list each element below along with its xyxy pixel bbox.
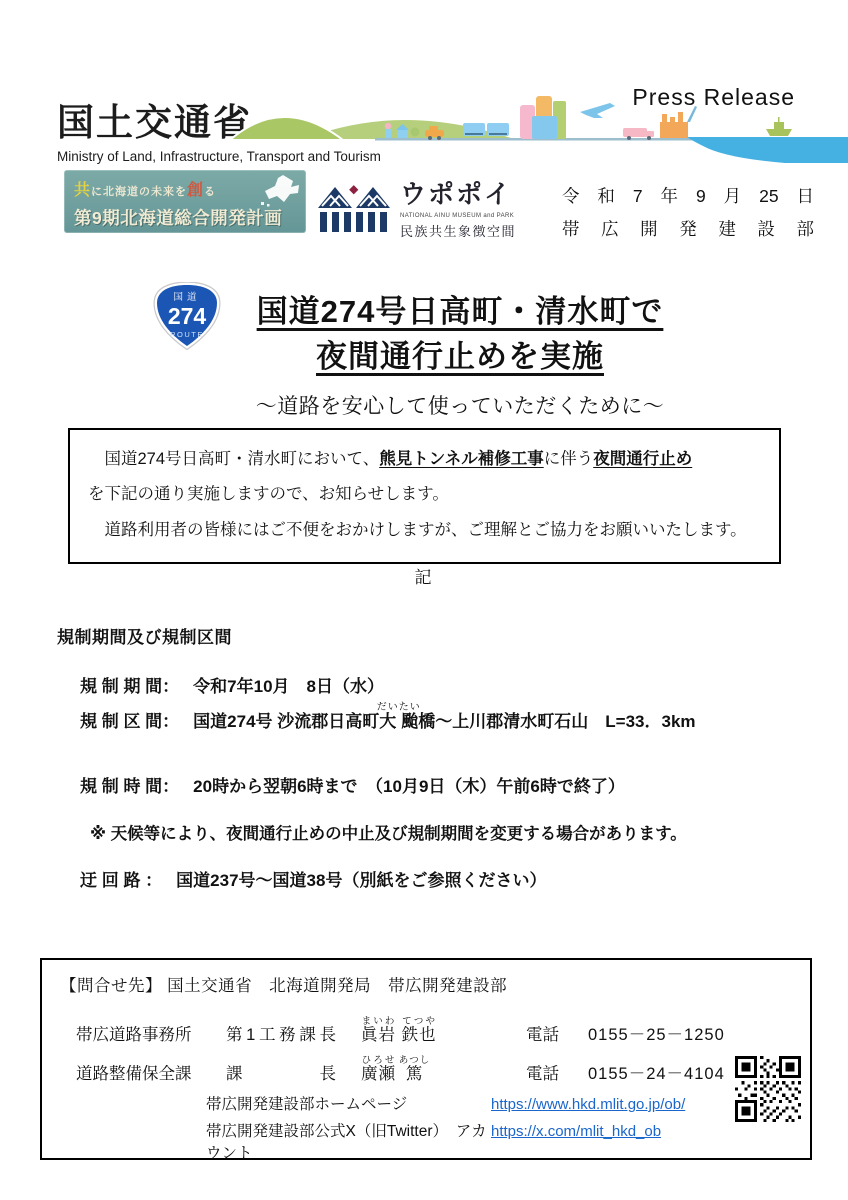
contact-person-name: 廣瀬ひろせ 篤あつし — [361, 1055, 526, 1084]
contact-links: 帯広開発建設部ホームページ https://www.hkd.mlit.go.jp… — [206, 1092, 796, 1163]
notice-paragraph-2: を下記の通り実施しますので、お知らせします。 — [88, 477, 761, 512]
detour-row: 迂 回 路 ：国道237号～国道38号（別紙をご参照ください） — [80, 866, 546, 891]
press-release-page: Press Release 国土交通省 Ministry of Land, In… — [0, 0, 848, 1200]
homepage-link[interactable]: https://www.hkd.mlit.go.jp/ob/ — [491, 1096, 685, 1113]
sea-icon — [687, 137, 848, 163]
upopoy-subtitle-en: NATIONAL AINU MUSEUM and PARK — [400, 213, 516, 219]
ki-marker: 記 — [0, 563, 848, 588]
contact-row: 道路整備保全課 課 長 廣瀬ひろせ 篤あつし 電話 0155－24－4104 — [76, 1055, 796, 1084]
contact-title: 第1工務課長 — [226, 1021, 336, 1045]
contact-row: 帯広道路事務所 第1工務課長 眞岩まいわ 鉄也てつや 電話 0155－25－12… — [76, 1016, 796, 1045]
homepage-label: 帯広開発建設部ホームページ — [206, 1092, 491, 1114]
contact-office: 帯広道路事務所 — [76, 1021, 226, 1045]
notice-paragraph-3: 道路利用者の皆様にはご不便をおかけしますが、ご理解とご協力をお願いいたします。 — [88, 513, 761, 548]
x-account-label: 帯広開発建設部公式X（旧Twitter） アカウント — [206, 1119, 491, 1163]
upopoy-subtitle-ja: 民族共生象徴空間 — [400, 221, 516, 240]
upopoy-logo: ウポポイ NATIONAL AINU MUSEUM and PARK 民族共生象… — [318, 174, 516, 240]
plane-icon — [580, 103, 615, 118]
notice-box: 国道274号日高町・清水町において、熊見トンネル補修工事に伴う夜間通行止め を下… — [68, 428, 781, 564]
caution-note: ※ 天候等により、夜間通行止めの中止及び規制期間を変更する場合があります。 — [90, 820, 687, 844]
upopoy-pattern-icon — [318, 178, 390, 236]
hokkaido-map-icon — [255, 173, 301, 209]
period-label: 規 制 期 間： — [80, 672, 179, 697]
title-subtitle: ～道路を安心して使っていただくために～ — [150, 390, 770, 420]
detour-value: 国道237号～国道38号（別紙をご参照ください） — [176, 871, 546, 890]
issuing-department: 帯広開発建設部 — [562, 213, 814, 246]
upopoy-title: ウポポイ — [400, 174, 516, 211]
contact-heading: 【問合せ先】 国土交通省 北海道開発局 帯広開発建設部 — [60, 972, 796, 996]
emphasis-night-closure: 夜間通行止め — [593, 450, 692, 468]
contact-office: 道路整備保全課 — [76, 1060, 226, 1084]
phone-label: 電話 — [526, 1060, 588, 1084]
emphasis-tunnel-work: 熊見トンネル補修工事 — [379, 450, 544, 468]
phone-label: 電話 — [526, 1021, 588, 1045]
notice-paragraph-1: 国道274号日高町・清水町において、熊見トンネル補修工事に伴う夜間通行止め — [88, 442, 761, 477]
time-value: 20時から翌朝6時まで （10月9日（木）午前6時で終了） — [193, 777, 625, 796]
document-title: 国道274号日高町・清水町で 夜間通行止めを実施 ～道路を安心して使っていただく… — [150, 289, 770, 420]
contact-title: 課 長 — [226, 1060, 336, 1084]
title-line-2: 夜間通行止めを実施 — [150, 334, 770, 379]
release-date: 令和7年9月25日 — [562, 180, 814, 213]
phone-number: 0155－25－1250 — [588, 1021, 796, 1045]
time-label: 規 制 時 間： — [80, 772, 179, 797]
qr-code — [735, 1056, 801, 1122]
boat-icon — [766, 117, 792, 136]
section-value: 国道274号 沙流郡日高町大颱だいたい橋～上川郡清水町石山 L=33．3km — [193, 712, 695, 731]
period-value: 令和7年10月 8日（水） — [193, 677, 384, 696]
regulation-section-row: 規 制 区 間：国道274号 沙流郡日高町大颱だいたい橋～上川郡清水町石山 L=… — [80, 702, 696, 732]
title-line-1: 国道274号日高町・清水町で — [150, 289, 770, 334]
link-row: 帯広開発建設部ホームページ https://www.hkd.mlit.go.jp… — [206, 1092, 796, 1114]
buildings-icon — [520, 96, 566, 139]
contact-person-name: 眞岩まいわ 鉄也てつや — [361, 1016, 526, 1045]
header-illustration — [225, 88, 848, 163]
detour-label: 迂 回 路 ： — [80, 866, 162, 891]
contact-box: 【問合せ先】 国土交通省 北海道開発局 帯広開発建設部 帯広道路事務所 第1工務… — [40, 958, 812, 1160]
hokkaido-plan-banner: 共に北海道の未来を創る 第9期北海道総合開発計画 — [64, 170, 306, 233]
section-label: 規 制 区 間： — [80, 707, 179, 732]
regulation-time-row: 規 制 時 間：20時から翌朝6時まで （10月9日（木）午前6時で終了） — [80, 772, 625, 797]
x-account-link[interactable]: https://x.com/mlit_hkd_ob — [491, 1123, 661, 1140]
dateline: 令和7年9月25日 帯広開発建設部 — [562, 180, 814, 246]
regulation-period-row: 規 制 期 間：令和7年10月 8日（水） — [80, 672, 384, 697]
factory-icon — [660, 106, 697, 138]
link-row: 帯広開発建設部公式X（旧Twitter） アカウント https://x.com… — [206, 1119, 796, 1163]
section-heading: 規制期間及び規制区間 — [57, 623, 232, 648]
